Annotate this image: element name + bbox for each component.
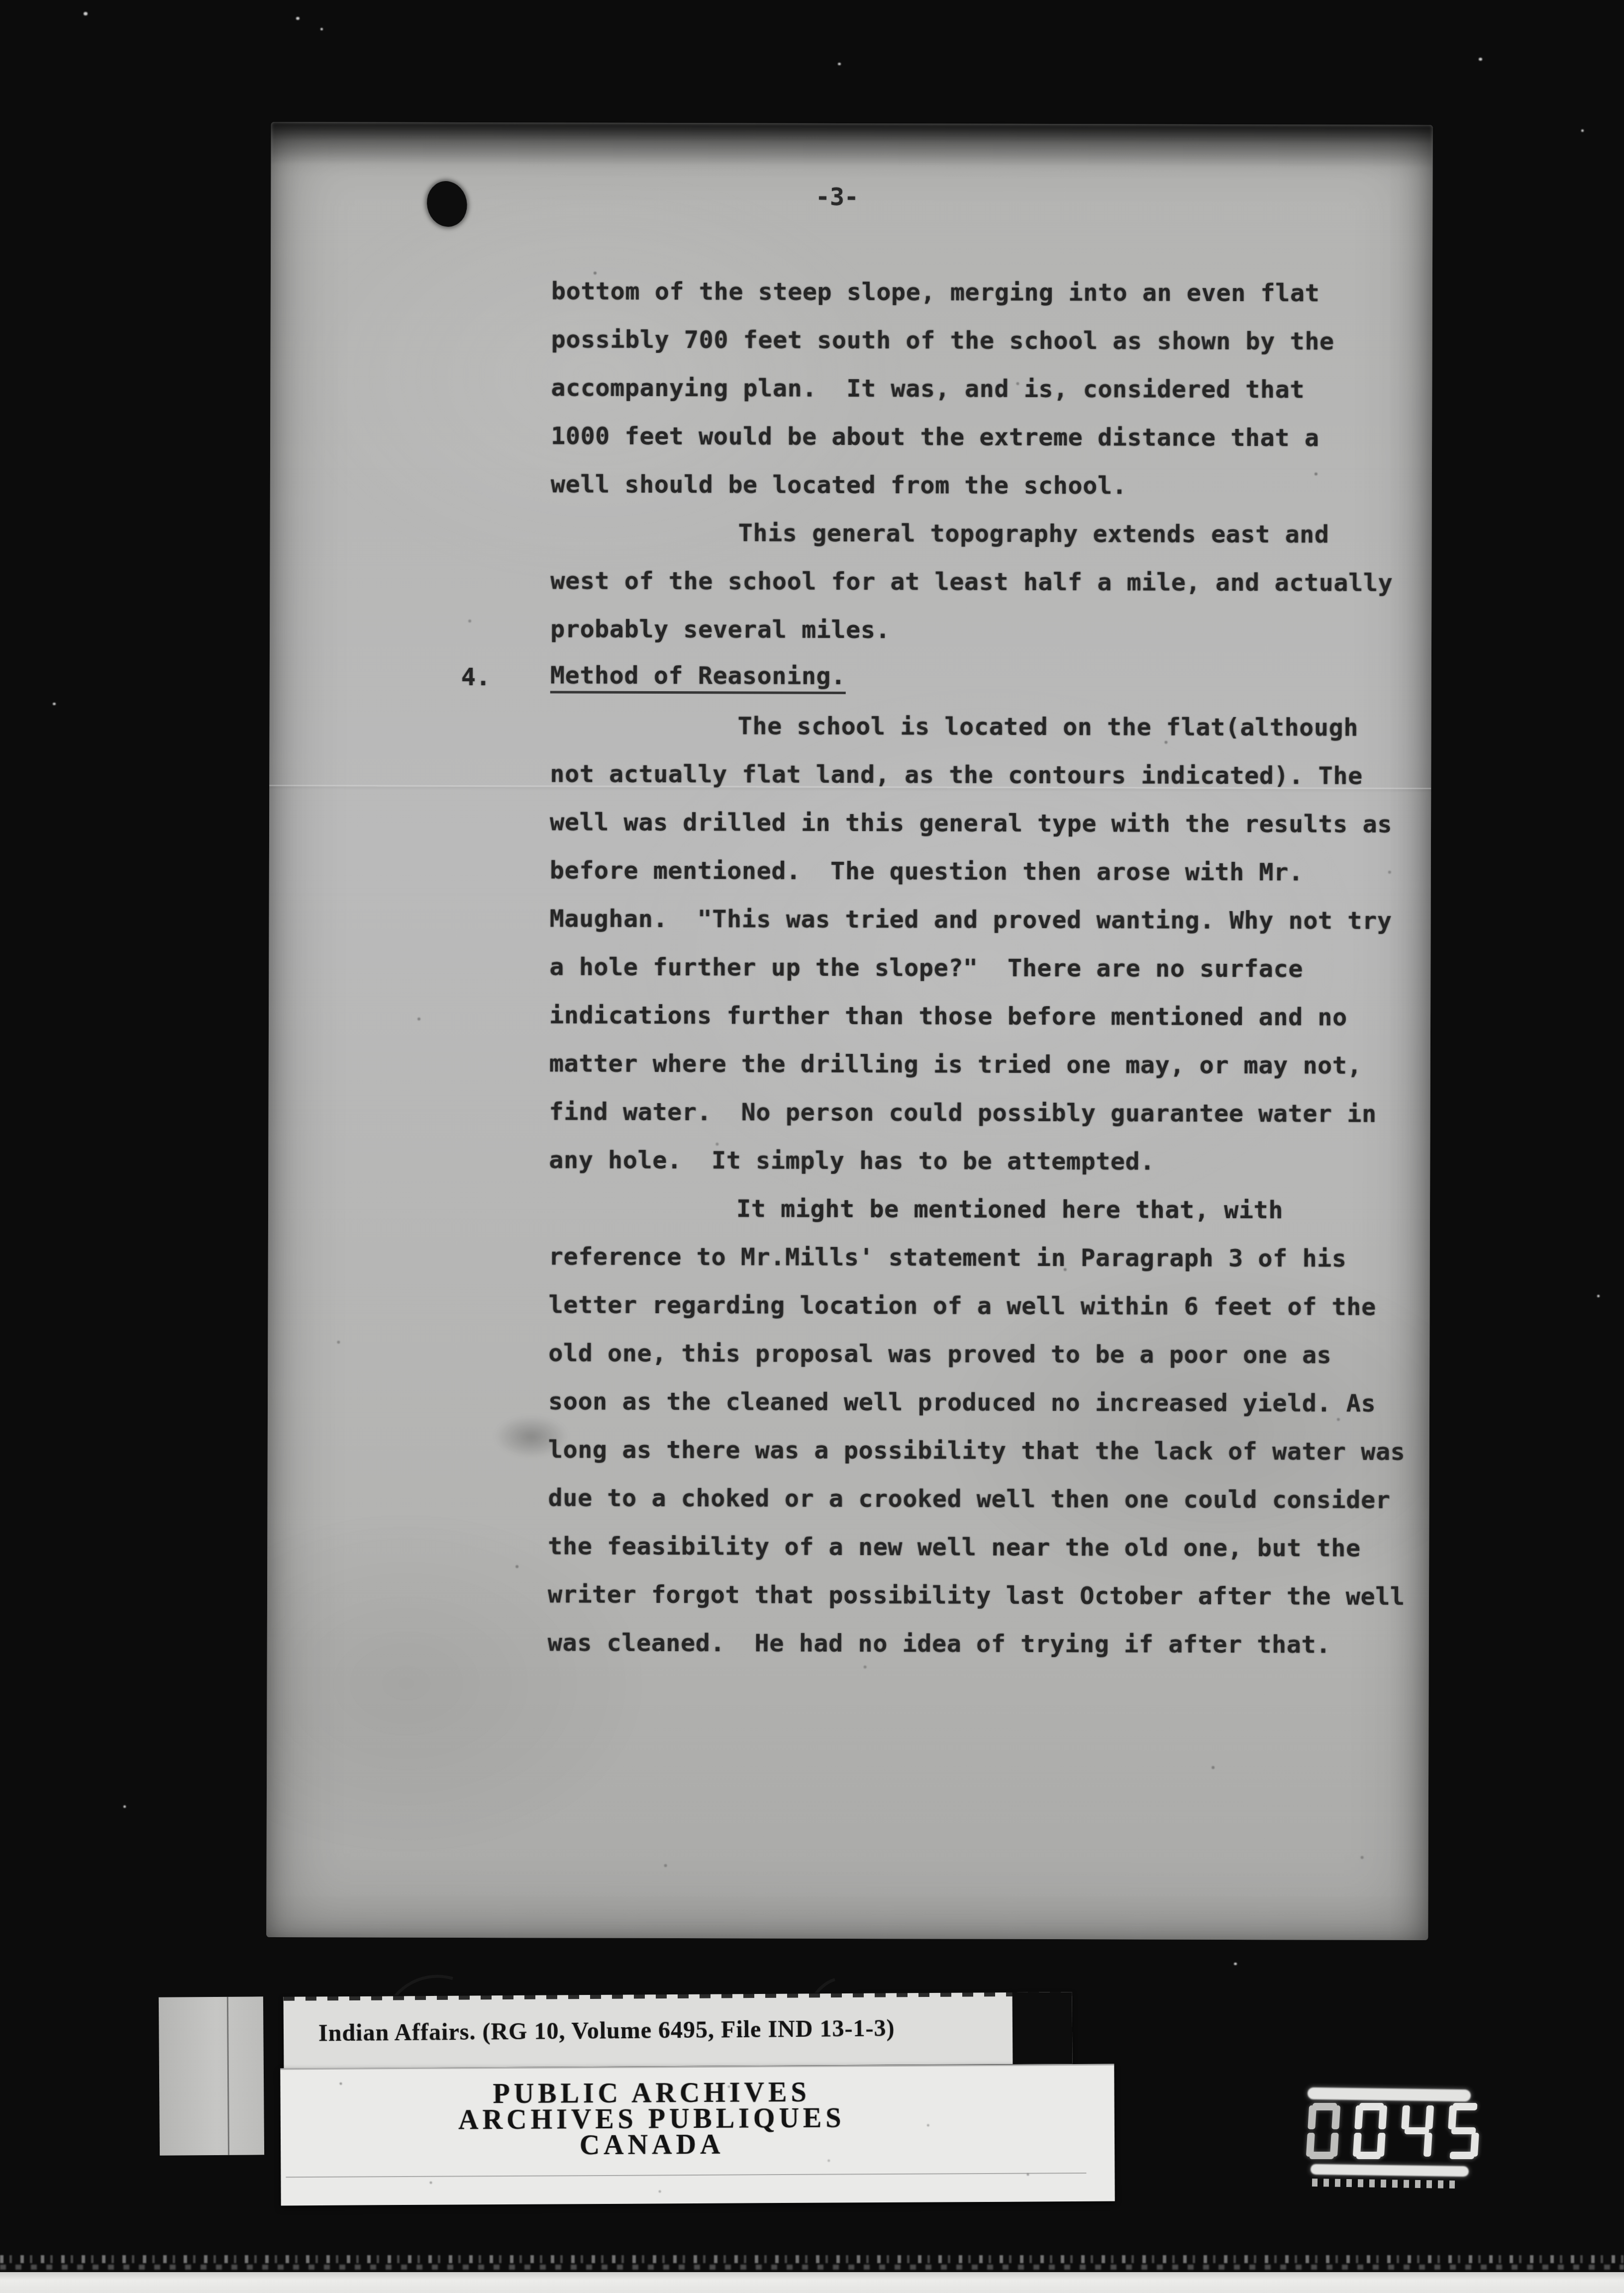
document-line-text: any hole. It simply has to be attempted. bbox=[549, 1146, 1155, 1175]
public-archives-stamp: PUBLIC ARCHIVES ARCHIVES PUBLIQUES CANAD… bbox=[280, 2064, 1115, 2206]
document-line-text: probably several miles. bbox=[550, 615, 890, 644]
dust-speck bbox=[1581, 129, 1584, 132]
page-number: -3- bbox=[797, 183, 877, 211]
dust-speck bbox=[1234, 1963, 1237, 1965]
dust-speck bbox=[320, 28, 323, 30]
segment-b bbox=[1425, 2105, 1434, 2129]
document-line: west of the school for at least half a m… bbox=[550, 556, 1408, 607]
section-heading-line: 4.Method of Reasoning. bbox=[550, 653, 1408, 704]
document-line: Maughan. "This was tried and proved want… bbox=[549, 894, 1407, 945]
document-line-text: Maughan. "This was tried and proved want… bbox=[550, 905, 1392, 935]
document-line: accompanying plan. It was, and is, consi… bbox=[551, 363, 1408, 414]
counter-digit bbox=[1353, 2103, 1388, 2159]
film-noise-band bbox=[0, 2255, 1624, 2263]
document-line-text: This general topography extends east and bbox=[738, 519, 1329, 548]
counter-digit bbox=[1306, 2103, 1341, 2159]
document-line-text: The school is located on the flat(althou… bbox=[738, 712, 1359, 741]
document-line-text: matter where the drilling is tried one m… bbox=[549, 1049, 1362, 1079]
dust-speck bbox=[53, 703, 56, 705]
document-line-text: before mentioned. The question then aros… bbox=[550, 856, 1304, 886]
document-line-text: letter regarding location of a well with… bbox=[548, 1291, 1376, 1321]
segment-f bbox=[1308, 2105, 1317, 2129]
segment-f bbox=[1354, 2105, 1363, 2129]
document-line: before mentioned. The question then aros… bbox=[550, 846, 1407, 897]
document-line: long as there was a possibility that the… bbox=[548, 1425, 1406, 1476]
segment-e bbox=[1353, 2133, 1362, 2157]
document-line: any hole. It simply has to be attempted. bbox=[549, 1136, 1406, 1186]
document-line-text: possibly 700 feet south of the school as… bbox=[551, 325, 1334, 355]
archive-reference-strip: Indian Affairs. (RG 10, Volume 6495, Fil… bbox=[284, 1992, 1073, 2069]
document-line-text: due to a choked or a crooked well then o… bbox=[548, 1484, 1390, 1514]
punch-hole-mark bbox=[423, 178, 471, 230]
document-line: probably several miles. bbox=[550, 605, 1408, 655]
counter-tick-strip bbox=[1312, 2179, 1455, 2189]
dust-speck bbox=[296, 17, 300, 20]
document-line-text: well should be located from the school. bbox=[551, 470, 1127, 500]
document-line: well should be located from the school. bbox=[551, 460, 1408, 511]
document-line: The school is located on the flat(althou… bbox=[550, 701, 1407, 752]
segment-f bbox=[1448, 2105, 1457, 2129]
document-line-text: a hole further up the slope?" There are … bbox=[549, 953, 1303, 983]
document-line-text: reference to Mr.Mills' statement in Para… bbox=[549, 1243, 1347, 1272]
document-line: not actually flat land, as the contours … bbox=[550, 749, 1407, 800]
document-line: a hole further up the slope?" There are … bbox=[549, 942, 1407, 993]
dust-speck bbox=[1479, 58, 1482, 61]
document-line-text: was cleaned. He had no idea of trying if… bbox=[548, 1629, 1331, 1659]
archive-reference-label: Indian Affairs. (RG 10, Volume 6495, Fil… bbox=[318, 2014, 895, 2047]
counter-digits bbox=[1308, 2103, 1479, 2159]
document-line: old one, this proposal was proved to be … bbox=[548, 1329, 1406, 1379]
segment-f bbox=[1401, 2105, 1410, 2129]
document-line-text: accompanying plan. It was, and is, consi… bbox=[551, 374, 1305, 404]
document-line: find water. No person could possibly gua… bbox=[549, 1087, 1406, 1138]
paper-dust-specks bbox=[271, 122, 273, 124]
segment-d bbox=[1450, 2152, 1475, 2159]
document-line: the feasibility of a new well near the o… bbox=[548, 1522, 1405, 1572]
document-line: soon as the cleaned well produced no inc… bbox=[548, 1377, 1406, 1428]
document-line-text: writer forgot that possibility last Octo… bbox=[548, 1580, 1405, 1611]
document-line-text: 1000 feet would be about the extreme dis… bbox=[551, 422, 1319, 452]
document-line-text: the feasibility of a new well near the o… bbox=[548, 1532, 1361, 1562]
film-frame: -3- bottom of the steep slope, merging i… bbox=[0, 0, 1624, 2293]
dust-speck bbox=[123, 1805, 126, 1808]
frame-counter bbox=[1294, 2080, 1513, 2194]
strip-right-block bbox=[1013, 1992, 1073, 2064]
film-bottom-band bbox=[0, 2272, 1624, 2293]
counter-digit bbox=[1400, 2103, 1434, 2159]
dust-speck bbox=[1597, 1295, 1600, 1297]
document-line: bottom of the steep slope, merging into … bbox=[551, 267, 1409, 317]
document-line-text: long as there was a possibility that the… bbox=[548, 1436, 1406, 1466]
document-line: indications further than those before me… bbox=[549, 991, 1407, 1042]
segment-b bbox=[1378, 2105, 1387, 2129]
document-line-text: west of the school for at least half a m… bbox=[550, 567, 1393, 597]
document-line-text: find water. No person could possibly gua… bbox=[549, 1098, 1377, 1128]
document-line: 1000 feet would be about the extreme dis… bbox=[551, 412, 1408, 462]
document-line-text: indications further than those before me… bbox=[549, 1001, 1347, 1031]
section-number: 4. bbox=[461, 663, 491, 691]
document-line-text: soon as the cleaned well produced no inc… bbox=[548, 1387, 1376, 1417]
document-line: reference to Mr.Mills' statement in Para… bbox=[549, 1232, 1406, 1283]
document-page: -3- bottom of the steep slope, merging i… bbox=[266, 122, 1433, 1940]
document-line: It might be mentioned here that, with bbox=[549, 1184, 1406, 1235]
dust-speck bbox=[84, 12, 88, 15]
section-heading: Method of Reasoning. bbox=[550, 661, 846, 694]
dust-speck bbox=[838, 63, 841, 65]
document-line: possibly 700 feet south of the school as… bbox=[551, 315, 1409, 366]
document-text-block: bottom of the steep slope, merging into … bbox=[548, 267, 1409, 1669]
segment-e bbox=[1306, 2133, 1315, 2157]
document-line-text: well was drilled in this general type wi… bbox=[550, 808, 1392, 838]
document-line: letter regarding location of a well with… bbox=[548, 1280, 1406, 1331]
film-noise-band bbox=[0, 2265, 1624, 2270]
segment-b bbox=[1331, 2105, 1340, 2129]
page-top-shadow bbox=[271, 122, 1433, 168]
document-line: matter where the drilling is tried one m… bbox=[549, 1039, 1407, 1090]
counter-top-bar bbox=[1308, 2087, 1471, 2102]
document-line: was cleaned. He had no idea of trying if… bbox=[548, 1618, 1405, 1669]
document-line: due to a choked or a crooked well then o… bbox=[548, 1473, 1405, 1524]
film-edge-card bbox=[159, 1996, 264, 2155]
document-line-text: old one, this proposal was proved to be … bbox=[548, 1339, 1331, 1369]
document-line: well was drilled in this general type wi… bbox=[550, 798, 1407, 848]
document-line: writer forgot that possibility last Octo… bbox=[548, 1570, 1405, 1621]
card-dust-specks bbox=[280, 2068, 282, 2070]
document-line-text: not actually flat land, as the contours … bbox=[550, 760, 1363, 790]
stamp-text: PUBLIC ARCHIVES ARCHIVES PUBLIQUES CANAD… bbox=[280, 2079, 1023, 2160]
counter-bottom-bar bbox=[1311, 2164, 1469, 2177]
document-line-text: It might be mentioned here that, with bbox=[736, 1195, 1283, 1224]
counter-digit bbox=[1446, 2103, 1481, 2159]
document-line-text: bottom of the steep slope, merging into … bbox=[551, 277, 1320, 307]
stamp-line-3: CANADA bbox=[281, 2130, 1023, 2160]
segment-c bbox=[1423, 2133, 1432, 2157]
card-rule-line bbox=[286, 2173, 1086, 2178]
document-line: This general topography extends east and bbox=[550, 508, 1408, 559]
